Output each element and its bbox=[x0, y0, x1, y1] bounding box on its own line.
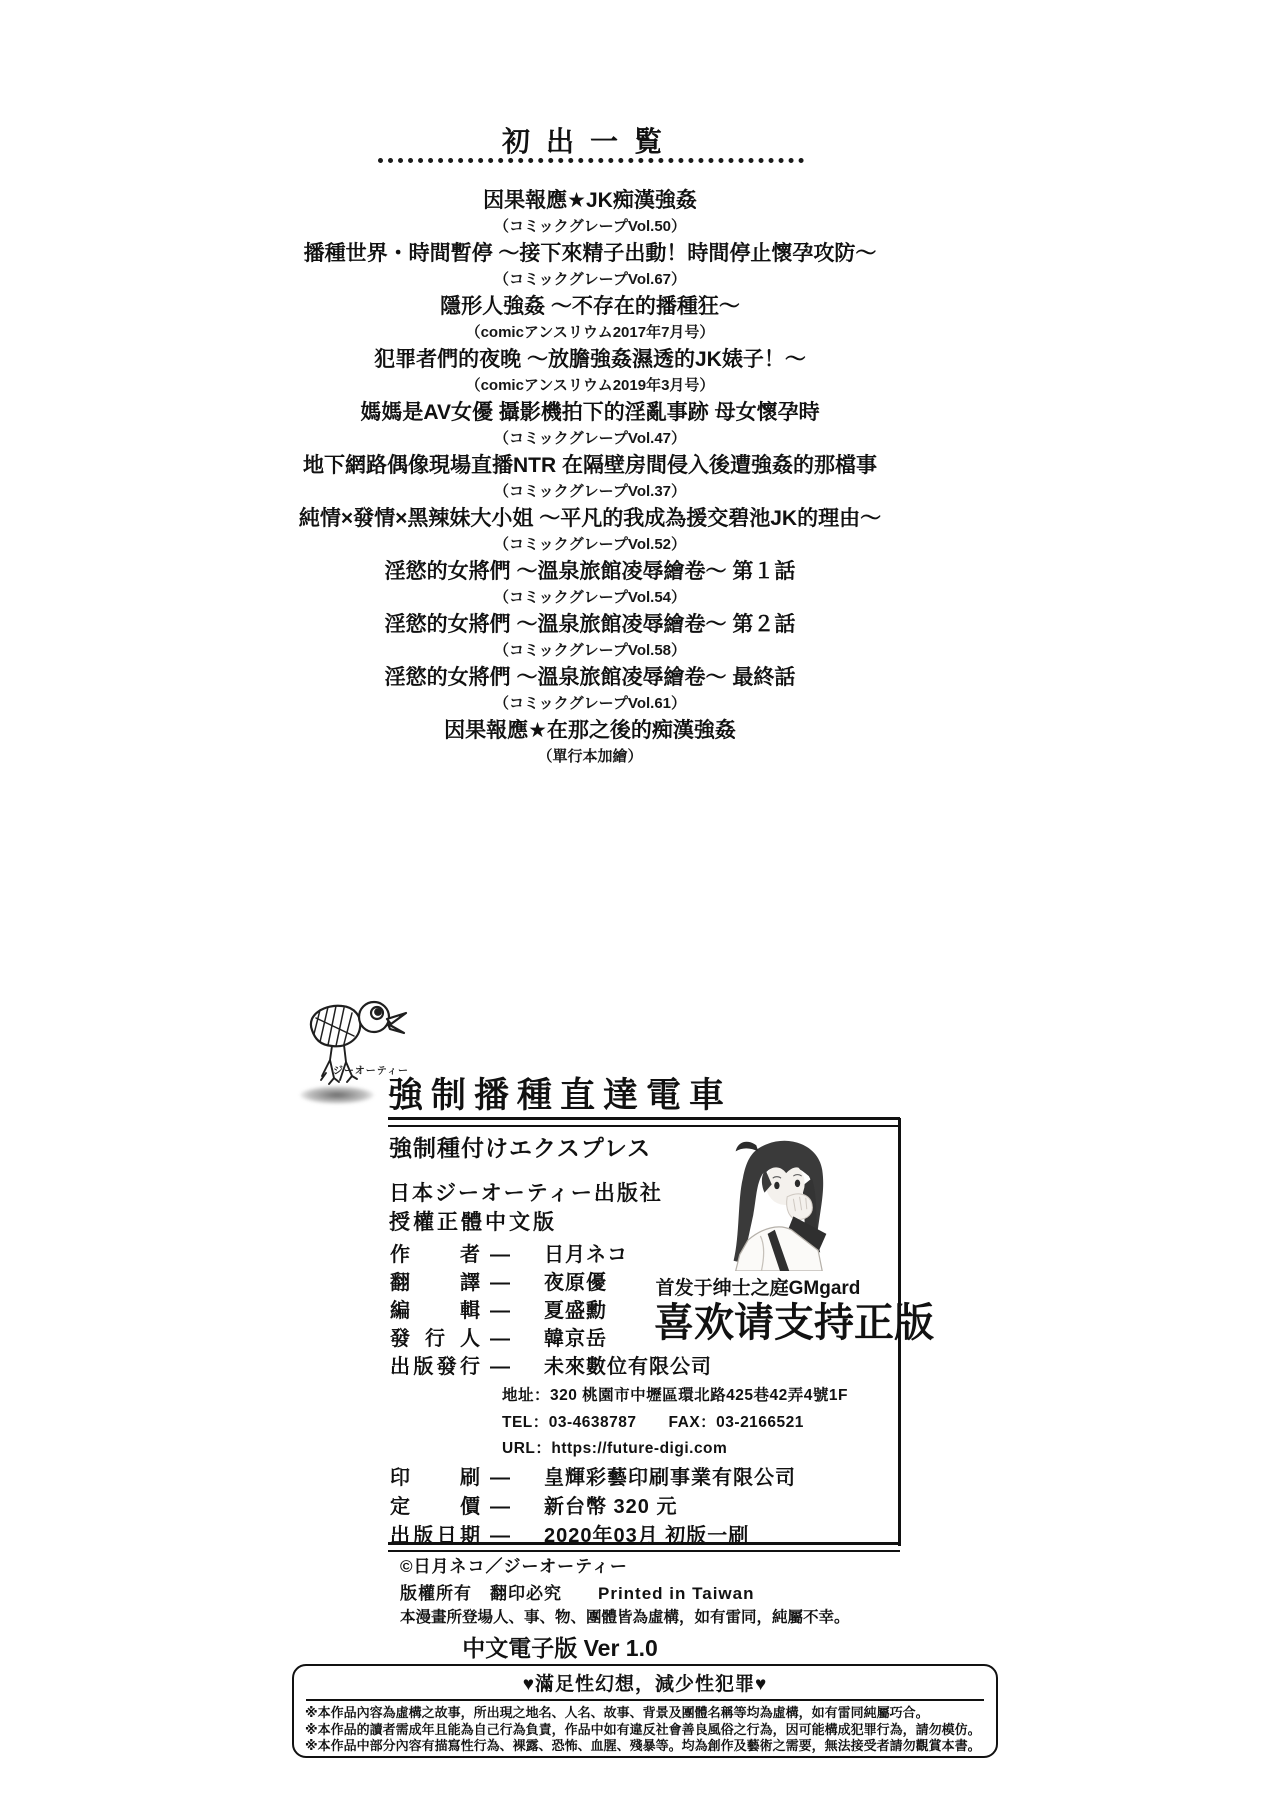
production-label: 印刷 bbox=[390, 1461, 480, 1490]
credit-dash: — bbox=[490, 1300, 510, 1323]
colophon-page: 初出一覧 因果報應★JK痴漢強姦 （コミックグレープVol.50） 播種世界・時… bbox=[0, 0, 1280, 1796]
copyright-line: ©日月ネコ／ジーオーティー bbox=[400, 1552, 628, 1577]
list-item: 淫慾的女將們 ～溫泉旅館凌辱繪卷～ 第２話 （コミックグレープVol.58） bbox=[120, 611, 1060, 664]
work-title: 隱形人強姦 ～不存在的播種狂～ bbox=[120, 293, 1060, 321]
book-subtitle-jp: 強制種付けエクスプレス bbox=[389, 1130, 651, 1163]
disclaimer-line: ※本作品內容為虛構之故事，所出現之地名、人名、故事、背景及團體名稱等均為虛構，如… bbox=[294, 1705, 996, 1722]
production-value: 皇輝彩藝印刷事業有限公司 bbox=[544, 1461, 796, 1490]
credit-value: 未來數位有限公司 bbox=[544, 1350, 712, 1379]
work-source: （コミックグレープVol.37） bbox=[120, 480, 1060, 504]
credit-value: 日月ネコ bbox=[544, 1238, 628, 1267]
credit-value: 夜原優 bbox=[544, 1266, 607, 1295]
logo-shadow bbox=[300, 1086, 374, 1104]
work-source: （comicアンスリウム2019年3月号） bbox=[120, 374, 1060, 398]
credit-row-publisher: 出版發行—未來數位有限公司 bbox=[390, 1350, 712, 1379]
credit-label: 發行人 bbox=[390, 1322, 480, 1351]
bottom-divider bbox=[388, 1542, 900, 1552]
production-dash: — bbox=[490, 1467, 510, 1490]
production-value: 新台幣 320 元 bbox=[544, 1490, 677, 1519]
work-title: 淫慾的女將們 ～溫泉旅館凌辱繪卷～ 第１話 bbox=[120, 558, 1060, 586]
disclaimer-title: ♥滿足性幻想，減少性犯罪♥ bbox=[294, 1669, 996, 1696]
work-title: 因果報應★JK痴漢強姦 bbox=[120, 187, 1060, 215]
dotted-divider bbox=[378, 158, 804, 163]
credit-label: 翻譯 bbox=[390, 1266, 480, 1295]
credit-row-issuer: 發行人—韓京岳 bbox=[390, 1322, 607, 1351]
work-source: （コミックグレープVol.54） bbox=[120, 586, 1060, 610]
credit-label: 出版發行 bbox=[390, 1350, 480, 1379]
rights-line: 版權所有 翻印必究 Printed in Taiwan bbox=[400, 1579, 754, 1604]
credit-value: 韓京岳 bbox=[544, 1322, 607, 1351]
work-source: （コミックグレープVol.52） bbox=[120, 533, 1060, 557]
credit-row-editor: 編輯—夏盛勳 bbox=[390, 1294, 607, 1323]
publisher-url: URL：https://future-digi.com bbox=[502, 1436, 727, 1458]
work-title: 媽媽是AV女優 攝影機拍下的淫亂事跡 母女懷孕時 bbox=[120, 399, 1060, 427]
work-source: （コミックグレープVol.58） bbox=[120, 639, 1060, 663]
disclaimer-box: ♥滿足性幻想，減少性犯罪♥ ※本作品內容為虛構之故事，所出現之地名、人名、故事、… bbox=[292, 1664, 998, 1758]
book-title: 強制播種直達電車 bbox=[388, 1068, 732, 1118]
title-divider bbox=[388, 1117, 900, 1127]
credit-row-author: 作者—日月ネコ bbox=[390, 1238, 628, 1267]
list-item: 播種世界・時間暫停 ～接下來精子出動！時間停止懷孕攻防～ （コミックグレープVo… bbox=[120, 240, 1060, 293]
work-title: 純情×發情×黑辣妹大小姐 ～平凡的我成為援交碧池JK的理由～ bbox=[120, 505, 1060, 533]
production-dash: — bbox=[490, 1496, 510, 1519]
disclaimer-divider bbox=[306, 1699, 984, 1701]
japanese-publisher: 日本ジーオーティー出版社 bbox=[389, 1177, 663, 1207]
work-title: 淫慾的女將們 ～溫泉旅館凌辱繪卷～ 最終話 bbox=[120, 664, 1060, 692]
first-publication-list: 因果報應★JK痴漢強姦 （コミックグレープVol.50） 播種世界・時間暫停 ～… bbox=[120, 187, 1060, 770]
production-row-printer: 印刷—皇輝彩藝印刷事業有限公司 bbox=[390, 1461, 796, 1490]
first-publication-heading: 初出一覧 bbox=[150, 120, 1030, 160]
publisher-address: 地址：320 桃園市中壢區環北路425巷42弄4號1F bbox=[502, 1383, 848, 1405]
work-source: （コミックグレープVol.50） bbox=[120, 215, 1060, 239]
credit-dash: — bbox=[490, 1272, 510, 1295]
publisher-tel-fax: TEL：03-4638787 FAX：03-2166521 bbox=[502, 1410, 804, 1432]
disclaimer-line: ※本作品的讀者需成年且能為自己行為負責，作品中如有違反社會善良風俗之行為，因可能… bbox=[294, 1722, 996, 1739]
list-item: 淫慾的女將們 ～溫泉旅館凌辱繪卷～ 最終話 （コミックグレープVol.61） bbox=[120, 664, 1060, 717]
work-title: 播種世界・時間暫停 ～接下來精子出動！時間停止懷孕攻防～ bbox=[120, 240, 1060, 268]
list-item: 地下網路偶像現場直播NTR 在隔壁房間侵入後遭強姦的那檔事 （コミックグレープV… bbox=[120, 452, 1060, 505]
work-source: （comicアンスリウム2017年7月号） bbox=[120, 321, 1060, 345]
list-item: 純情×發情×黑辣妹大小姐 ～平凡的我成為援交碧池JK的理由～ （コミックグレープ… bbox=[120, 505, 1060, 558]
list-item: 隱形人強姦 ～不存在的播種狂～ （comicアンスリウム2017年7月号） bbox=[120, 293, 1060, 346]
credit-label: 編輯 bbox=[390, 1294, 480, 1323]
list-item: 犯罪者們的夜晚 ～放膽強姦濕透的JK婊子！～ （comicアンスリウム2019年… bbox=[120, 346, 1060, 399]
list-item: 淫慾的女將們 ～溫泉旅館凌辱繪卷～ 第１話 （コミックグレープVol.54） bbox=[120, 558, 1060, 611]
list-item: 因果報應★在那之後的痴漢強姦 （單行本加繪） bbox=[120, 717, 1060, 770]
list-item: 媽媽是AV女優 攝影機拍下的淫亂事跡 母女懷孕時 （コミックグレープVol.47… bbox=[120, 399, 1060, 452]
fiction-note: 本漫畫所登場人、事、物、團體皆為虛構，如有雷同，純屬不幸。 bbox=[400, 1605, 850, 1627]
edition-version: 中文電子版 Ver 1.0 bbox=[370, 1630, 750, 1663]
credit-dash: — bbox=[490, 1356, 510, 1379]
production-label: 定價 bbox=[390, 1490, 480, 1519]
credit-value: 夏盛勳 bbox=[544, 1294, 607, 1323]
work-title: 地下網路偶像現場直播NTR 在隔壁房間侵入後遭強姦的那檔事 bbox=[120, 452, 1060, 480]
watermark-support-line: 喜欢请支持正版 bbox=[646, 1291, 942, 1348]
work-title: 淫慾的女將們 ～溫泉旅館凌辱繪卷～ 第２話 bbox=[120, 611, 1060, 639]
credit-row-translator: 翻譯—夜原優 bbox=[390, 1266, 607, 1295]
work-title: 因果報應★在那之後的痴漢強姦 bbox=[120, 717, 1060, 745]
credit-dash: — bbox=[490, 1328, 510, 1351]
license-note: 授權正體中文版 bbox=[389, 1206, 557, 1236]
credit-dash: — bbox=[490, 1244, 510, 1267]
work-source: （單行本加繪） bbox=[120, 745, 1060, 769]
work-source: （コミックグレープVol.67） bbox=[120, 268, 1060, 292]
work-source: （コミックグレープVol.47） bbox=[120, 427, 1060, 451]
credit-label: 作者 bbox=[390, 1238, 480, 1267]
work-source: （コミックグレープVol.61） bbox=[120, 692, 1060, 716]
list-item: 因果報應★JK痴漢強姦 （コミックグレープVol.50） bbox=[120, 187, 1060, 240]
work-title: 犯罪者們的夜晚 ～放膽強姦濕透的JK婊子！～ bbox=[120, 346, 1060, 374]
production-row-price: 定價—新台幣 320 元 bbox=[390, 1490, 677, 1519]
disclaimer-line: ※本作品中部分內容有描寫性行為、裸露、恐怖、血腥、殘暴等。均為創作及藝術之需要，… bbox=[294, 1738, 996, 1755]
girl-illustration bbox=[729, 1137, 833, 1271]
